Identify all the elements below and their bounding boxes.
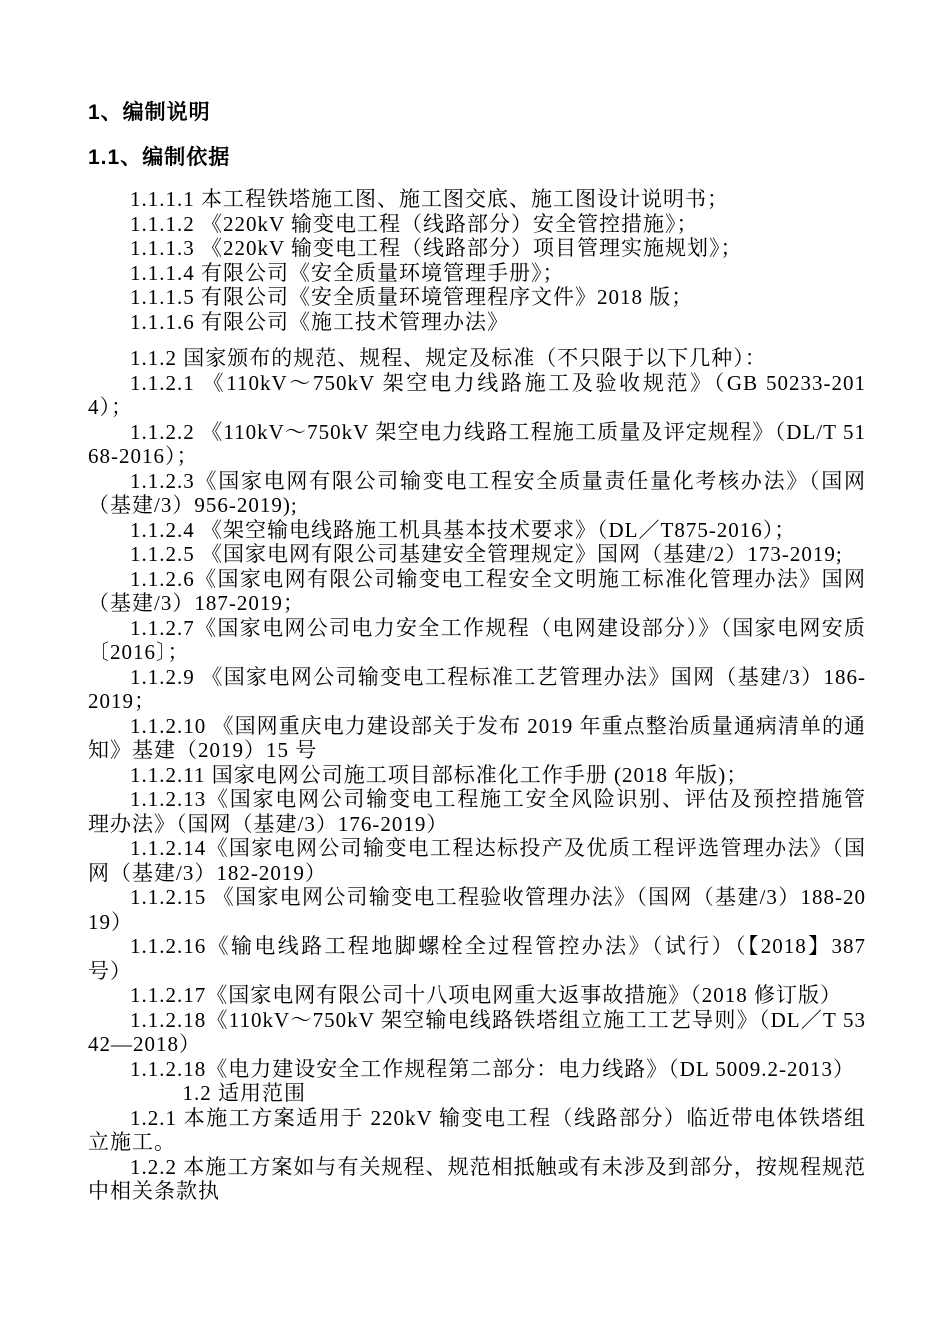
paragraph: 1.1.1.2 《220kV 输变电工程（线路部分）安全管控措施》； [88, 212, 866, 237]
paragraph: 1.1.2.18《110kV～750kV 架空输电线路铁塔组立施工工艺导则》（D… [88, 1008, 866, 1057]
paragraph: 1.1.2.16《输电线路工程地脚螺栓全过程管控办法》（试行）（【2018】38… [88, 934, 866, 983]
paragraph: 1.1.2.18《电力建设安全工作规程第二部分：电力线路》（DL 5009.2-… [88, 1057, 866, 1082]
paragraph: 1.1.2.7《国家电网公司电力安全工作规程（电网建设部分）》（国家电网安质〔2… [88, 616, 866, 665]
section-1-1-heading: 1.1、编制依据 [88, 145, 866, 170]
document-page: 1、编制说明 1.1、编制依据 1.1.1.1 本工程铁塔施工图、施工图交底、施… [0, 0, 950, 1344]
paragraph: 1.1.2.4 《架空输电线路施工机具基本技术要求》（DL／T875-2016）… [88, 518, 866, 543]
paragraph: 1.1.2.1 《110kV～750kV 架空电力线路施工及验收规范》（GB 5… [88, 371, 866, 420]
paragraph-scope-heading: 1.2 适用范围 [88, 1081, 866, 1106]
paragraph: 1.1.1.3 《220kV 输变电工程（线路部分）项目管理实施规划》； [88, 236, 866, 261]
paragraph: 1.1.2.5 《国家电网有限公司基建安全管理规定》国网（基建/2）173-20… [88, 542, 866, 567]
paragraph: 1.1.2.6《国家电网有限公司输变电工程安全文明施工标准化管理办法》国网（基建… [88, 567, 866, 616]
paragraph: 1.1.2.14《国家电网公司输变电工程达标投产及优质工程评选管理办法》（国网（… [88, 836, 866, 885]
paragraph: 1.1.1.1 本工程铁塔施工图、施工图交底、施工图设计说明书； [88, 187, 866, 212]
paragraph: 1.1.2.2 《110kV～750kV 架空电力线路工程施工质量及评定规程》（… [88, 420, 866, 469]
section-1-heading: 1、编制说明 [88, 100, 866, 125]
document-body: 1.1.1.1 本工程铁塔施工图、施工图交底、施工图设计说明书； 1.1.1.2… [88, 187, 866, 1204]
paragraph: 1.1.2 国家颁布的规范、规程、规定及标准（不只限于以下几种）： [88, 346, 866, 371]
paragraph: 1.1.2.13《国家电网公司输变电工程施工安全风险识别、评估及预控措施管理办法… [88, 787, 866, 836]
paragraph: 1.1.2.9 《国家电网公司输变电工程标准工艺管理办法》国网（基建/3）186… [88, 665, 866, 714]
paragraph: 1.1.2.11 国家电网公司施工项目部标准化工作手册 (2018 年版)； [88, 763, 866, 788]
paragraph: 1.1.2.15 《国家电网公司输变电工程验收管理办法》（国网（基建/3）188… [88, 885, 866, 934]
paragraph: 1.2.1 本施工方案适用于 220kV 输变电工程（线路部分）临近带电体铁塔组… [88, 1106, 866, 1155]
paragraph: 1.1.1.4 有限公司《安全质量环境管理手册》； [88, 261, 866, 286]
paragraph: 1.1.2.10 《国网重庆电力建设部关于发布 2019 年重点整治质量通病清单… [88, 714, 866, 763]
paragraph: 1.1.1.6 有限公司《施工技术管理办法》 [88, 310, 866, 335]
paragraph: 1.1.2.17《国家电网有限公司十八项电网重大返事故措施》（2018 修订版） [88, 983, 866, 1008]
paragraph: 1.2.2 本施工方案如与有关规程、规范相抵触或有未涉及到部分，按规程规范中相关… [88, 1155, 866, 1204]
paragraph: 1.1.2.3《国家电网有限公司输变电工程安全质量责任量化考核办法》（国网（基建… [88, 469, 866, 518]
paragraph: 1.1.1.5 有限公司《安全质量环境管理程序文件》2018 版； [88, 285, 866, 310]
